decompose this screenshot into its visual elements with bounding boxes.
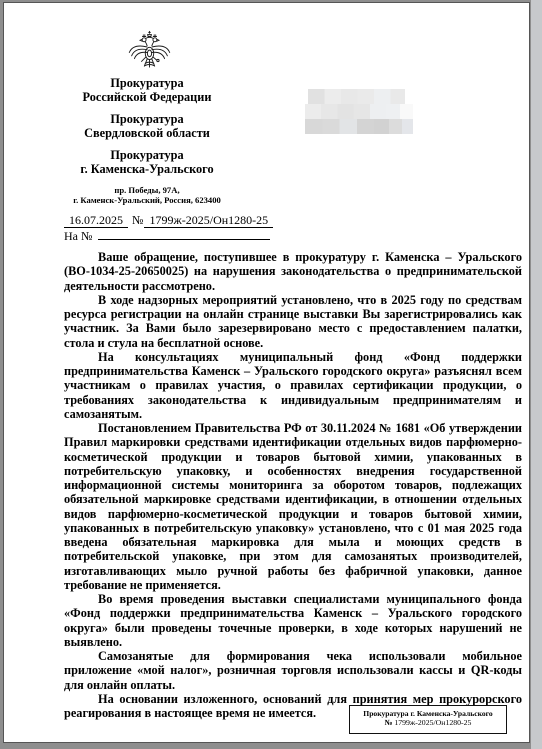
org-line: г. Каменска-Уральского xyxy=(40,163,254,177)
letter-number: 1799ж-2025/Он1280-25 xyxy=(144,213,273,228)
redacted-recipient-block xyxy=(305,89,413,134)
redaction-pixel-row xyxy=(305,119,413,134)
reply-label: На № xyxy=(64,229,92,243)
paragraph: Ваше обращение, поступившее в прокуратур… xyxy=(64,250,522,293)
paragraph: На консультациях муниципальный фонд «Фон… xyxy=(64,350,522,421)
letter-body: Ваше обращение, поступившее в прокуратур… xyxy=(64,250,522,720)
address-line: пр. Победы, 97А, xyxy=(40,185,254,195)
stamp-number: 1799ж-2025/Он1280-25 xyxy=(394,718,471,727)
registration-stamp: Прокуратура г. Каменска-Уральского № 179… xyxy=(349,705,507,734)
paragraph: Во время проведения выставки специалиста… xyxy=(64,592,522,649)
russia-coat-of-arms-icon xyxy=(126,29,173,76)
org-name-city: Прокуратура г. Каменска-Уральского xyxy=(40,149,254,177)
document-viewer: Прокуратура Российской Федерации Прокура… xyxy=(0,0,542,749)
org-name-region: Прокуратура Свердловской области xyxy=(40,113,254,141)
number-sign: № xyxy=(132,213,143,227)
letterhead: Прокуратура Российской Федерации Прокура… xyxy=(40,77,254,206)
outgoing-reference-line: 16.07.2025№1799ж-2025/Он1280-25 xyxy=(64,213,273,227)
redaction-pixel-row xyxy=(308,89,405,104)
redaction-pixel-row xyxy=(305,104,413,119)
letterhead-address: пр. Победы, 97А, г. Каменск-Уральский, Р… xyxy=(40,185,254,205)
viewer-right-gutter xyxy=(531,0,542,749)
reply-number-blank xyxy=(98,228,270,240)
paragraph: Самозанятые для формирования чека исполь… xyxy=(64,649,522,692)
org-line: Российской Федерации xyxy=(40,91,254,105)
org-name-federation: Прокуратура Российской Федерации xyxy=(40,77,254,105)
paragraph: В ходе надзорных мероприятий установлено… xyxy=(64,293,522,350)
org-line: Прокуратура xyxy=(40,77,254,91)
document-page: Прокуратура Российской Федерации Прокура… xyxy=(3,2,530,743)
reply-reference-line: На № xyxy=(64,228,270,243)
stamp-org-name: Прокуратура г. Каменска-Уральского xyxy=(350,709,506,718)
stamp-number-line: № 1799ж-2025/Он1280-25 xyxy=(350,718,506,728)
letter-date: 16.07.2025 xyxy=(64,213,128,228)
address-line: г. Каменск-Уральский, Россия, 623400 xyxy=(40,195,254,205)
paragraph: Постановлением Правительства РФ от 30.11… xyxy=(64,421,522,592)
stamp-number-sign: № xyxy=(385,718,393,727)
org-line: Прокуратура xyxy=(40,113,254,127)
org-line: Прокуратура xyxy=(40,149,254,163)
org-line: Свердловской области xyxy=(40,127,254,141)
